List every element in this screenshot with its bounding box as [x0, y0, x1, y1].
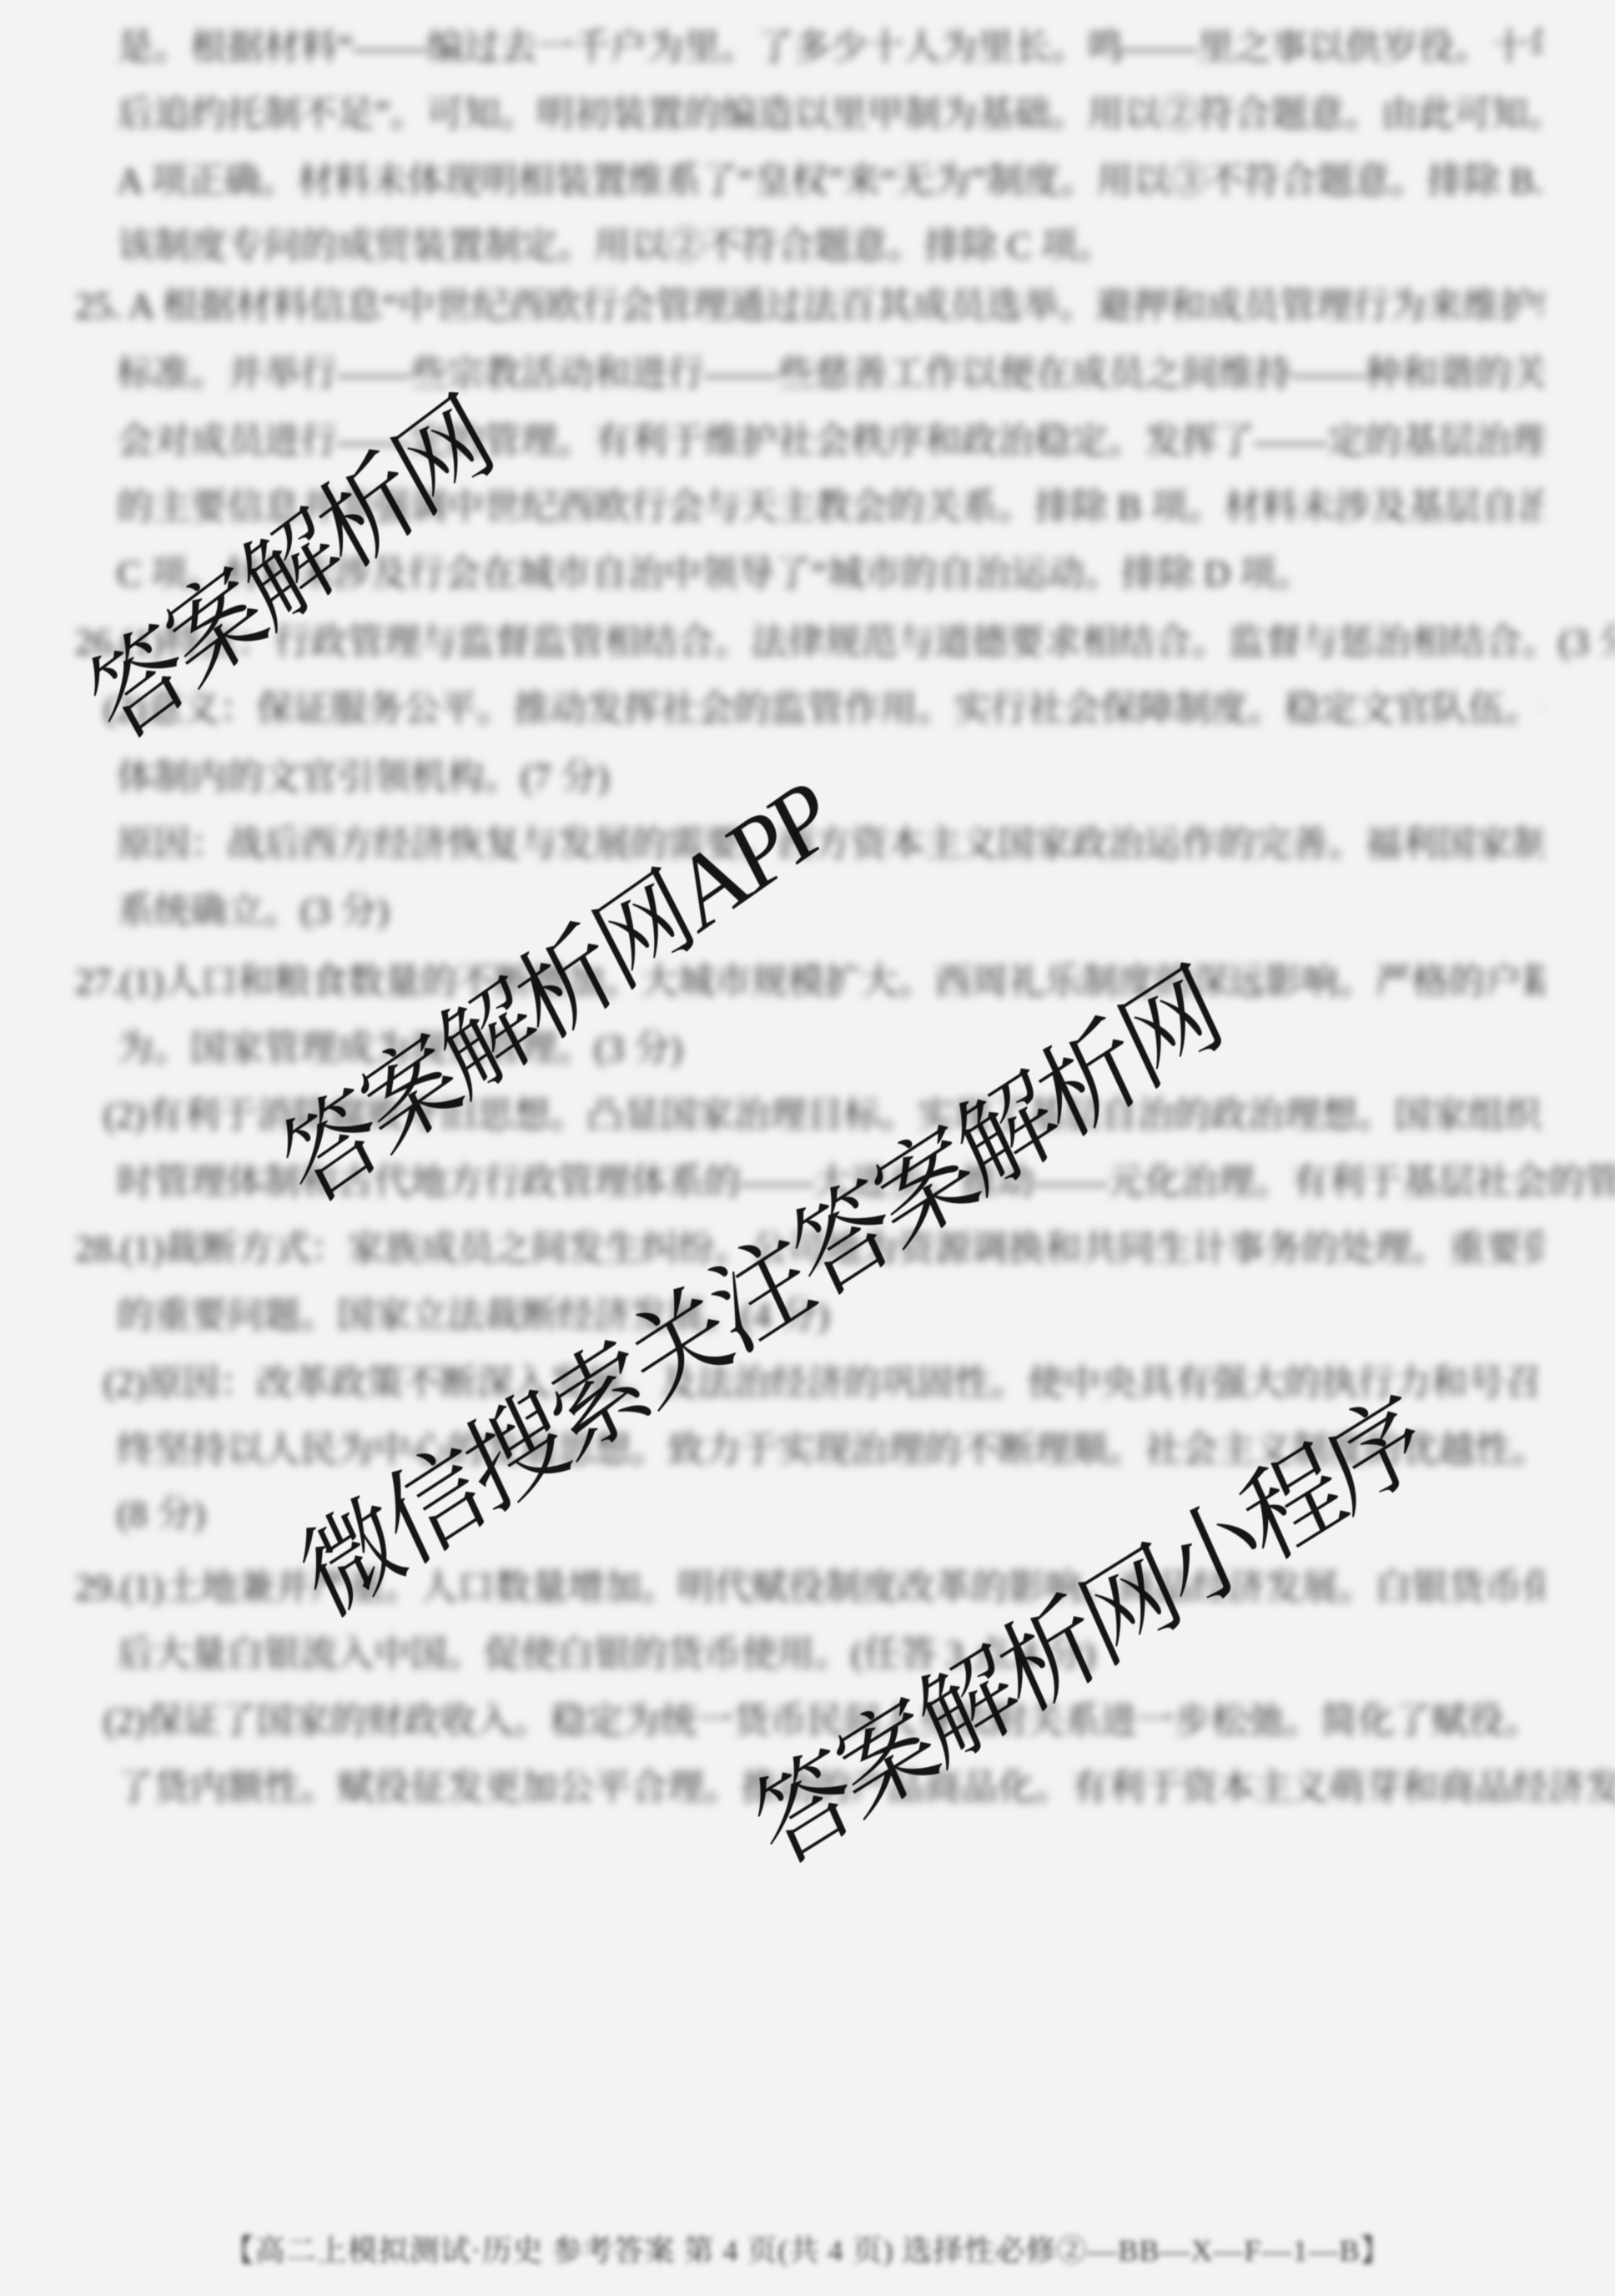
answer-text-line: (2)意义：保证服务公平。推动发挥社会的监管作用。实行社会保障制度。稳定文官队伍… — [103, 685, 1543, 733]
answer-text-line: 系统确立。(3 分) — [117, 887, 389, 935]
page-footer: 【高二上模拟测试·历史 参考答案 第 4 页(共 4 页) 选择性必修②—BB—… — [224, 2228, 1391, 2270]
answer-text-line: 会对成员进行——定的管理。有利于维护社会秩序和政治稳定。发挥了——定的基层治理职… — [117, 417, 1543, 466]
answer-text-line: 27.(1)人口和粮食数量的不断增加。大城市规模扩大。西周礼乐制度的深远影响。严… — [75, 958, 1543, 1006]
answer-text-line: (8 分) — [117, 1490, 205, 1538]
scanned-answer-page: 是。根据材料“——编过去一千户为里。了多少十人为里长。鸣——里之事以供岁役。十年… — [0, 0, 1615, 2296]
answer-text-line: 体制内的文官引领机构。(7 分) — [117, 753, 609, 802]
answer-text-line: A 项正确。材料未体现明相装置维系了“皇权”来“无为”制度。用以③不符合题意。排… — [117, 157, 1543, 205]
answer-text-line: (2)原因：改革政策不断深入发展。及法治经济的巩固性。使中央具有强大的执行力和号… — [103, 1359, 1543, 1407]
answer-text-line: 29.(1)土地兼并严重。人口数量增加。明代赋役制度改革的影响。商品经济发展。白… — [75, 1563, 1543, 1612]
answer-text-line: 标准。并举行——些宗教活动和进行——些慈善工作以便在成员之间维持——种和谐的关系… — [117, 350, 1543, 398]
answer-text-line: 后追约托制不足”。可知。明初装置的编造以里甲制为基础。用以②符合题意。由此可知。… — [117, 90, 1543, 138]
answer-text-line: 是。根据材料“——编过去一千户为里。了多少十人为里长。鸣——里之事以供岁役。十年… — [117, 23, 1543, 72]
answer-text-line: 该制度专问的成贸装置制定。用以②不符合题意。排除 C 项。 — [117, 222, 1114, 270]
answer-text-line: 25. A 根据材料信息“中世纪西欧行会管理通过法百其成员选举。避押和成员管理行… — [75, 282, 1543, 330]
